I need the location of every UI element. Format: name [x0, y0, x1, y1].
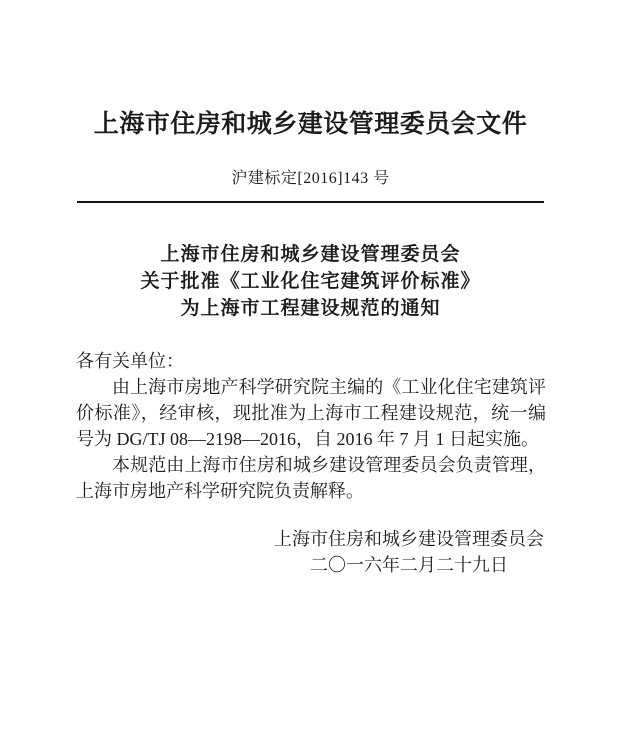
signature-date: 二〇一六年二月二十九日 — [274, 552, 544, 578]
body-paragraph-1: 由上海市房地产科学研究院主编的《工业化住宅建筑评价标准》，经审核，现批准为上海市… — [76, 374, 546, 452]
notice-heading-line-2: 关于批准《工业化住宅建筑评价标准》 — [0, 268, 621, 295]
notice-heading-line-1: 上海市住房和城乡建设管理委员会 — [0, 241, 621, 268]
document-number: 沪建标定[2016]143 号 — [0, 165, 621, 188]
notice-heading: 上海市住房和城乡建设管理委员会 关于批准《工业化住宅建筑评价标准》 为上海市工程… — [0, 241, 621, 322]
signature-block: 上海市住房和城乡建设管理委员会 二〇一六年二月二十九日 — [274, 526, 544, 578]
notice-body: 各有关单位： 由上海市房地产科学研究院主编的《工业化住宅建筑评价标准》，经审核，… — [76, 348, 546, 504]
notice-heading-line-3: 为上海市工程建设规范的通知 — [0, 295, 621, 322]
header-divider-rule — [77, 201, 544, 203]
document-page: 上海市住房和城乡建设管理委员会文件 沪建标定[2016]143 号 上海市住房和… — [0, 0, 621, 753]
signature-issuer: 上海市住房和城乡建设管理委员会 — [274, 526, 544, 552]
letterhead-title: 上海市住房和城乡建设管理委员会文件 — [0, 104, 621, 140]
salutation: 各有关单位： — [76, 348, 546, 374]
body-paragraph-2: 本规范由上海市住房和城乡建设管理委员会负责管理，上海市房地产科学研究院负责解释。 — [76, 452, 546, 504]
